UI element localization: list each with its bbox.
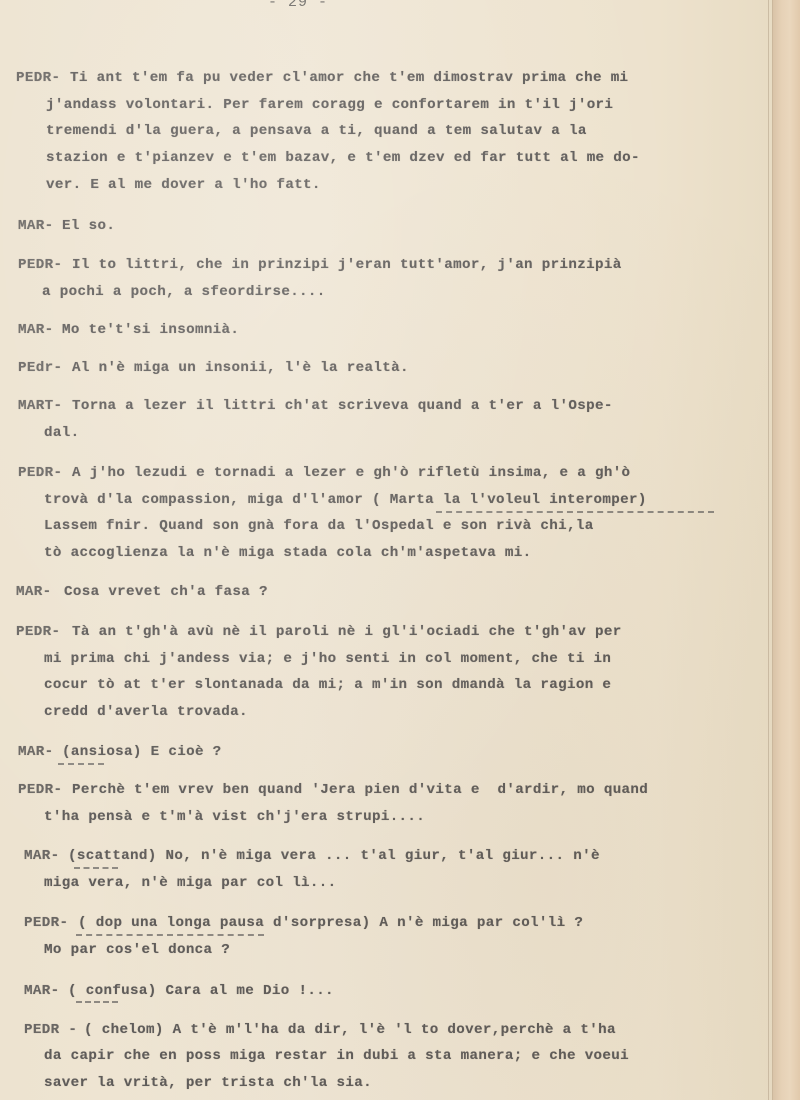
dialogue-line: ( confusa) Cara al me Dio !... [68,983,334,999]
speaker-label: MART- [18,398,62,414]
dialogue-line: Lassem fnir. Quand son gnà fora da l'Osp… [44,518,594,534]
dialogue-line: credd d'averla trovada. [44,704,248,720]
dialogue-line: Cosa vrevet ch'a fasa ? [64,584,268,600]
speaker-label: PEDR - [24,1022,77,1038]
dialogue-line: tremendi d'la guera, a pensava a ti, qua… [46,123,587,139]
dialogue-line: Ti ant t'em fa pu veder cl'amor che t'em… [70,70,628,86]
dialogue-line: a pochi a poch, a sfeordirse.... [42,284,326,300]
dialogue-line: da capir che en poss miga restar in dubi… [44,1048,629,1064]
stage-direction-underline [58,763,104,765]
speaker-label: PEDR- [16,624,60,640]
speaker-label: MAR- [18,322,53,338]
typewritten-page: - 29 - PEDR- Ti ant t'em fa pu veder cl'… [0,0,772,1100]
dialogue-line: dal. [44,425,79,441]
dialogue-line: El so. [62,218,115,234]
stage-direction-underline [76,1001,118,1003]
dialogue-line: tò accoglienza la n'è miga stada cola ch… [44,545,532,561]
dialogue-line: mi prima chi j'andess via; e j'ho senti … [44,651,611,667]
dialogue-line: ( chelom) A t'è m'l'ha da dir, l'è 'l to… [84,1022,616,1038]
dialogue-line: (ansiosa) E cioè ? [62,744,222,760]
stage-direction-underline [76,934,264,936]
speaker-label: MAR- [18,218,53,234]
stage-direction-underline [74,867,118,869]
speaker-label: MAR- [24,983,59,999]
dialogue-line: stazion e t'pianzev e t'em bazav, e t'em… [46,150,640,166]
stage-direction-underline [436,511,714,513]
speaker-label: MAR- [16,584,51,600]
dialogue-line: ver. E al me dover a l'ho fatt. [46,177,321,193]
speaker-label: MAR- [24,848,59,864]
speaker-label: MAR- [18,744,53,760]
dialogue-line: t'ha pensà e t'm'à vist ch'j'era strupi.… [44,809,425,825]
dialogue-line: (scattand) No, n'è miga vera ... t'al gi… [68,848,600,864]
dialogue-line: j'andass volontari. Per farem coragg e c… [46,97,613,113]
dialogue-line: A j'ho lezudi e tornadi a lezer e gh'ò r… [72,465,630,481]
dialogue-line: Torna a lezer il littri ch'at scriveva q… [72,398,613,414]
speaker-label: PEDR- [18,257,62,273]
speaker-label: PEdr- [18,360,62,376]
page-number: - 29 - [268,0,328,11]
dialogue-line: Il to littri, che in prinzipi j'eran tut… [72,257,622,273]
dialogue-line: ( dop una longa pausa d'sorpresa) A n'è … [78,915,583,931]
dialogue-line: Al n'è miga un insonii, l'è la realtà. [72,360,409,376]
dialogue-line: Tà an t'gh'à avù nè il paroli nè i gl'i'… [72,624,622,640]
dialogue-line: miga vera, n'è miga par col lì... [44,875,337,891]
dialogue-line: Perchè t'em vrev ben quand 'Jera pien d'… [72,782,648,798]
dialogue-line: cocur tò at t'er slontanada da mi; a m'i… [44,677,611,693]
page-edge [772,0,800,1100]
speaker-label: PEDR- [24,915,68,931]
dialogue-line: Mo te't'si insomnià. [62,322,239,338]
dialogue-line: saver la vrità, per trista ch'la sia. [44,1075,372,1091]
speaker-label: PEDR- [18,782,62,798]
dialogue-line: Mo par cos'el donca ? [44,942,230,958]
speaker-label: PEDR- [18,465,62,481]
dialogue-line: trovà d'la compassion, miga d'l'amor ( M… [44,492,647,508]
speaker-label: PEDR- [16,70,60,86]
page-fold-line [768,0,769,1100]
